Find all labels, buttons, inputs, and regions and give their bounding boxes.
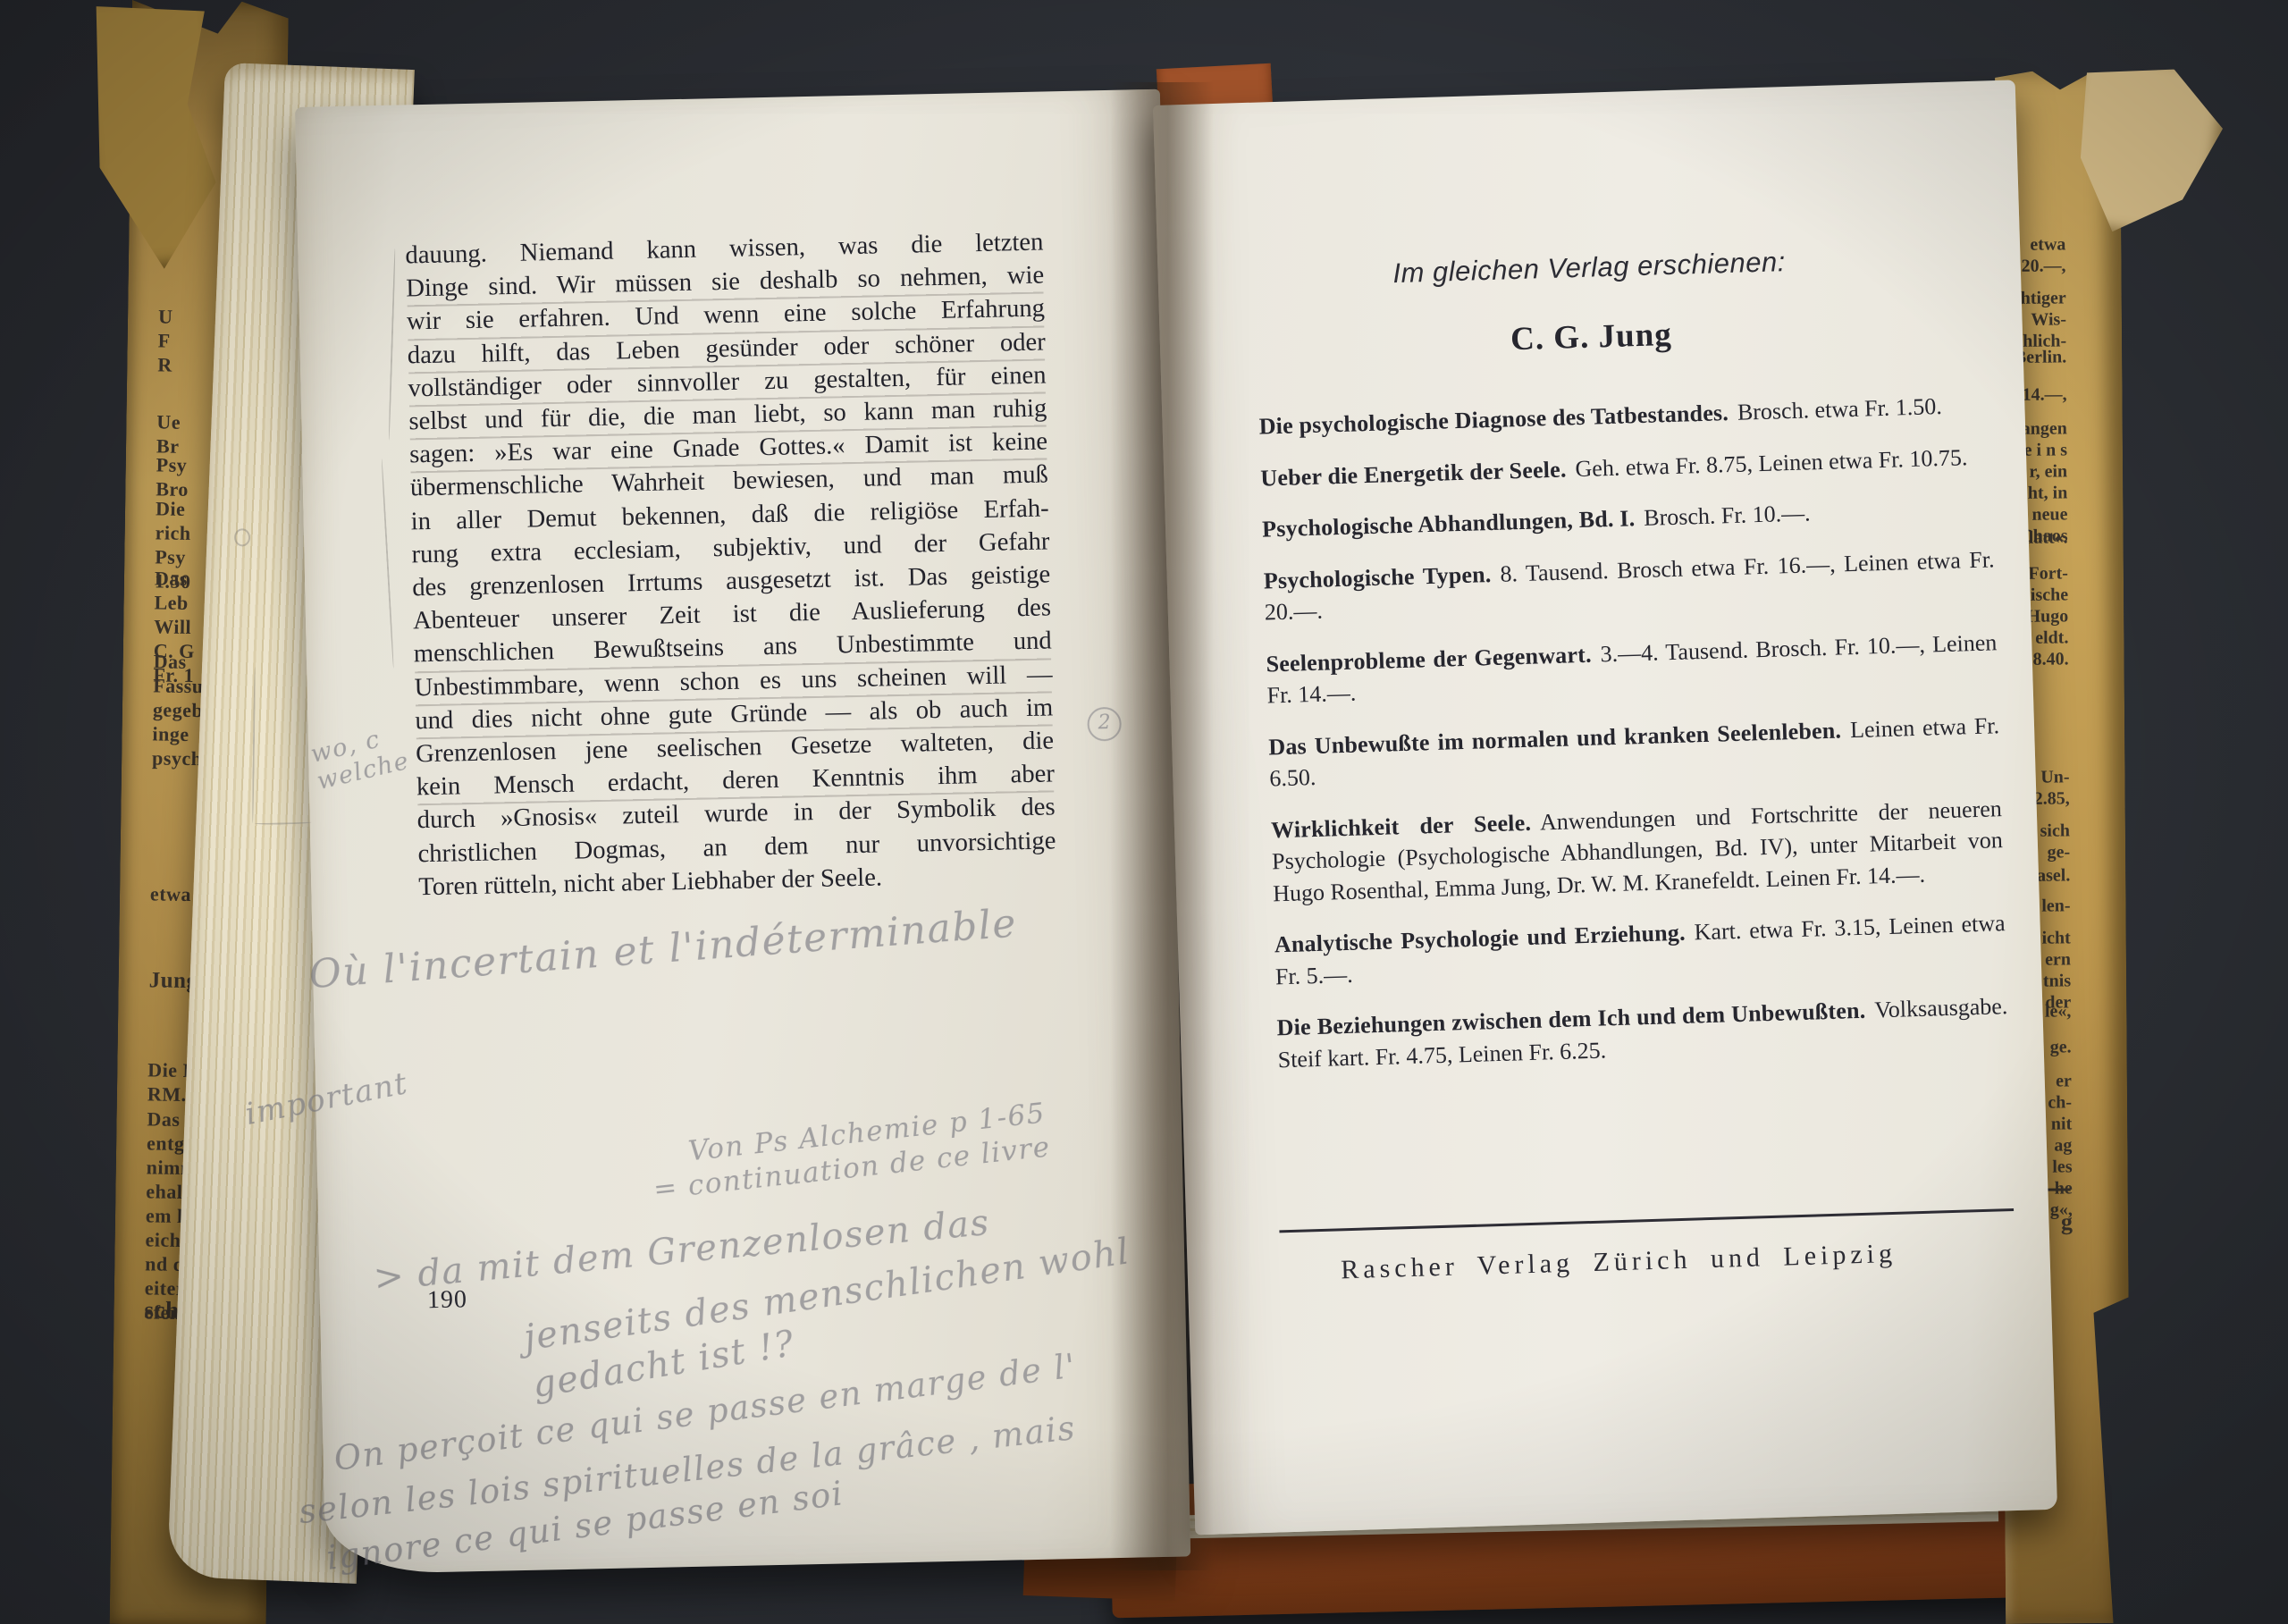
book-list-item: Die Beziehungen zwischen dem Ich und dem… bbox=[1276, 990, 2009, 1075]
book-list-item: Psychologische Typen.8. Tausend. Brosch … bbox=[1263, 543, 1996, 628]
open-book-photograph: U F R Ue Br Psy Bro Die rich Psy 1.50 Da… bbox=[0, 0, 2288, 1624]
handwritten-note-uncertain: Où l'incertain et l'indéterminable bbox=[307, 901, 1018, 998]
book-title: Seelenprobleme der Gegenwart. bbox=[1266, 641, 1592, 677]
publisher-series-heading: Im gleichen Verlag erschienen: bbox=[1157, 239, 2021, 297]
handwritten-circled-number: 2 bbox=[1087, 707, 1122, 742]
book-list-item: Seelenprobleme der Gegenwart.3.—4. Tause… bbox=[1266, 627, 1998, 711]
book-detail: Brosch. etwa Fr. 1.50. bbox=[1737, 393, 1943, 425]
book-list-item: Analytische Psychologie und Erziehung.Ka… bbox=[1274, 907, 2006, 992]
book-list-item: Psychologische Abhandlungen, Bd. I.Brosc… bbox=[1262, 492, 1994, 545]
book-list-item: Wirklichkeit der Seele.Anwendungen und F… bbox=[1271, 793, 2005, 910]
printed-paragraph: dauung. Niemand kann wissen, was die let… bbox=[405, 226, 1056, 905]
book-list-item: Die psychologische Diagnose des Tatbesta… bbox=[1258, 389, 1990, 442]
book-title: Analytische Psychologie und Erziehung. bbox=[1274, 920, 1686, 958]
publisher-imprint: Rascher Verlag Zürich und Leipzig bbox=[1187, 1234, 2050, 1291]
book-advertisement-list: Die psychologische Diagnose des Tatbesta… bbox=[1258, 389, 2009, 1095]
left-book-page: dauung. Niemand kann wissen, was die let… bbox=[295, 89, 1190, 1575]
book-title: Ueber die Energetik der Seele. bbox=[1260, 456, 1567, 491]
book-title: Wirklichkeit der Seele. bbox=[1271, 809, 1532, 843]
right-book-page: Im gleichen Verlag erschienen: C. G. Jun… bbox=[1153, 80, 2057, 1535]
book-detail: Geh. etwa Fr. 8.75, Leinen etwa Fr. 10.7… bbox=[1575, 444, 1968, 482]
footer-rule bbox=[1279, 1208, 2014, 1233]
author-heading: C. G. Jung bbox=[1159, 305, 2023, 369]
book-title: Psychologische Abhandlungen, Bd. I. bbox=[1262, 505, 1636, 542]
book-detail: Anwendungen und Fortschritte der neueren… bbox=[1272, 795, 2004, 906]
book-title: Die psychologische Diagnose des Tatbesta… bbox=[1258, 400, 1729, 440]
book-list-item: Ueber die Energetik der Seele.Geh. etwa … bbox=[1260, 441, 1992, 494]
pencil-margin-mark bbox=[381, 459, 394, 669]
book-detail: Brosch. Fr. 10.—. bbox=[1644, 500, 1811, 531]
book-title: Das Unbewußte im normalen und kranken Se… bbox=[1268, 717, 1842, 760]
book-list-item: Das Unbewußte im normalen und kranken Se… bbox=[1268, 710, 2001, 795]
pencil-margin-mark bbox=[388, 248, 396, 441]
handwritten-margin-note: wo, c welche bbox=[308, 719, 413, 795]
book-title: Die Beziehungen zwischen dem Ich und dem… bbox=[1276, 997, 1866, 1041]
book-title: Psychologische Typen. bbox=[1263, 561, 1491, 594]
